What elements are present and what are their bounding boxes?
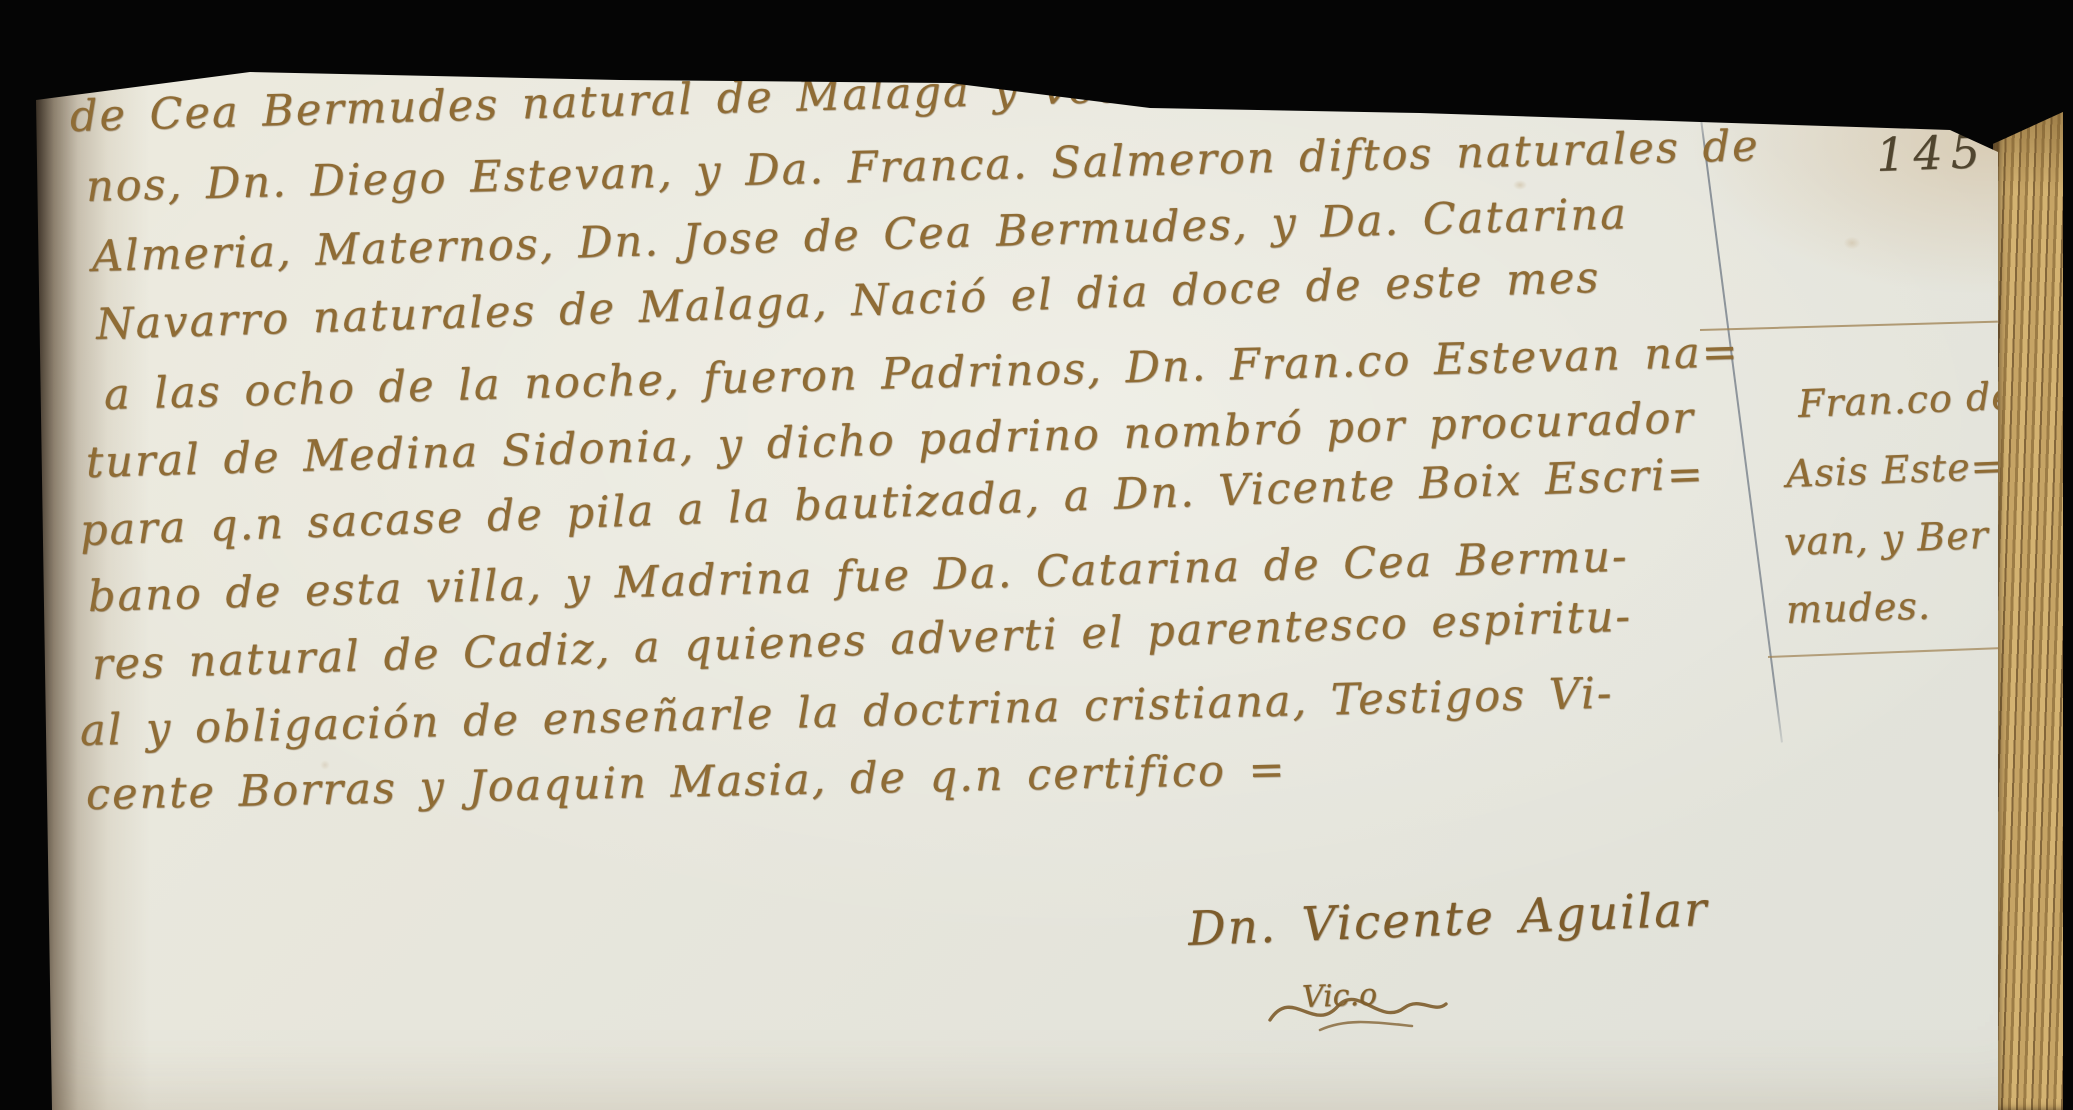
record-line-11: cente Borras y Joaquin Masia, de q.n cer…: [85, 745, 1287, 820]
priest-signature: Dn. Vicente Aguilar: [1187, 882, 1710, 957]
margin-rule-vertical: [1697, 96, 1783, 743]
margin-rule-horizontal-top: [1700, 321, 1998, 331]
book-fore-edge-pages: [1993, 102, 2063, 1110]
margin-note-line-2: Asis Este=: [1785, 444, 2004, 496]
margin-note-line-4: mudes.: [1785, 583, 1931, 632]
page-number: 145: [1875, 124, 1989, 182]
signature-rubric-flourish: [1262, 968, 1452, 1048]
margin-note-line-1: Fran.co de: [1797, 374, 2015, 426]
manuscript-page: 145 de Cea Bermudes natural de Malaga y …: [0, 0, 2073, 1110]
register-photo: 145 de Cea Bermudes natural de Malaga y …: [0, 0, 2073, 1110]
margin-rule-horizontal-bottom: [1768, 647, 2004, 658]
margin-note-line-3: van, y Ber: [1783, 513, 1989, 564]
